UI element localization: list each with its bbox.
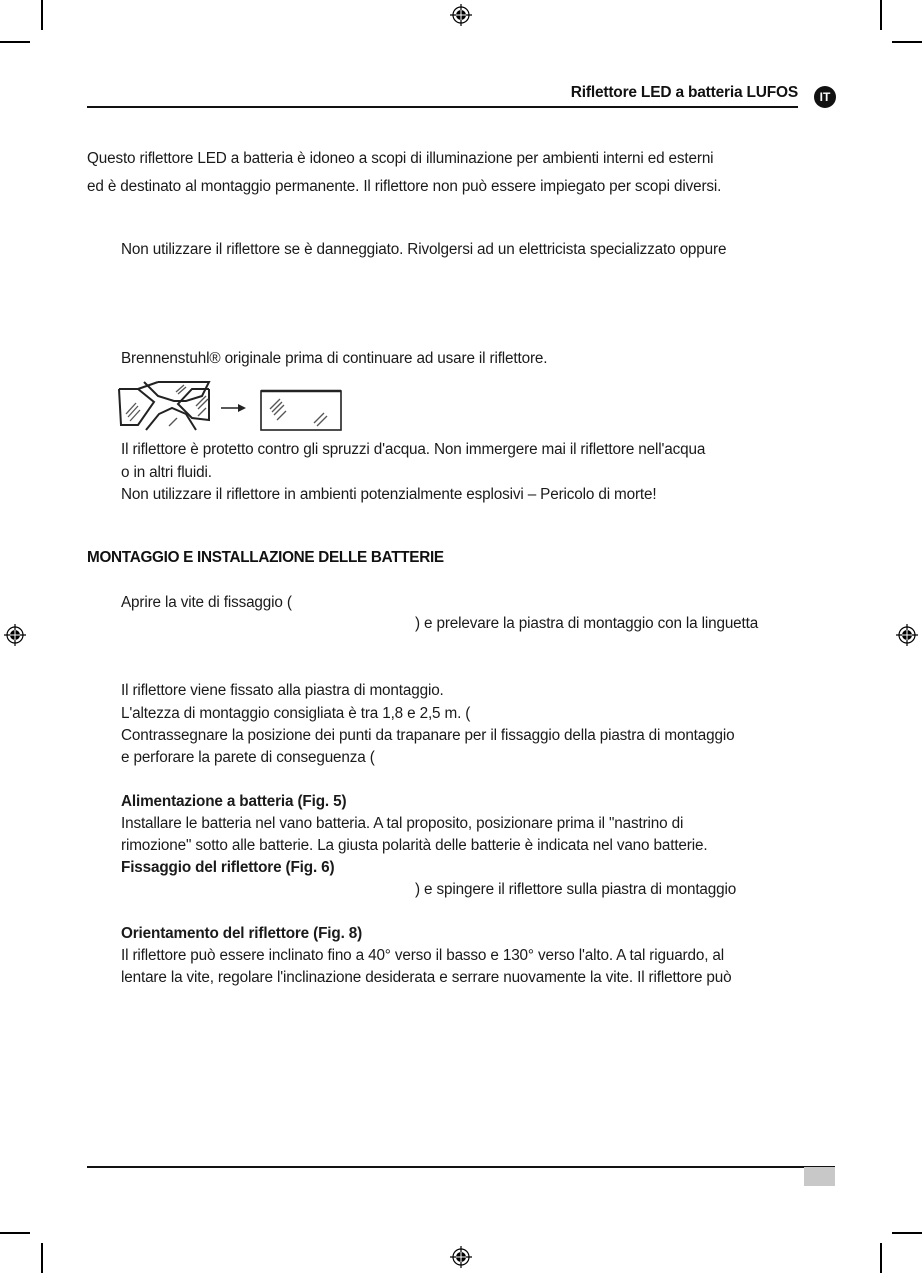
safety-damage-line: Non utilizzare il riflettore se è danneg… [121,241,726,259]
explosion-warning-line: Non utilizzare il riflettore in ambienti… [121,486,657,504]
page-header-title: Riflettore LED a batteria LUFOS [540,84,798,102]
crop-mark [41,1243,43,1273]
crop-mark [892,1232,922,1234]
mounting-step-line: Aprire la vite di fissaggio ( [121,594,292,612]
intro-line: ed è destinato al montaggio permanente. … [87,178,721,196]
mounting-plate-line: e perforare la parete di conseguenza ( [121,749,375,767]
fixing-line: ) e spingere il riflettore sulla piastra… [415,881,736,899]
water-warning-line: o in altri fluidi. [121,464,212,482]
registration-mark-icon [896,624,918,646]
language-badge: IT [814,86,836,108]
crop-mark [0,1232,30,1234]
page-number-box [804,1167,835,1186]
crop-mark [880,0,882,30]
battery-line: Installare le batteria nel vano batteria… [121,815,683,833]
orientation-subheading: Orientamento del riflettore (Fig. 8) [121,925,362,943]
battery-line: rimozione" sotto alle batterie. La giust… [121,837,707,855]
crop-mark [41,0,43,30]
crop-mark [0,41,30,43]
header-rule [87,106,798,108]
mounting-plate-line: L'altezza di montaggio consigliata è tra… [121,705,470,723]
fixing-subheading: Fissaggio del riflettore (Fig. 6) [121,859,334,877]
orientation-line: lentare la vite, regolare l'inclinazione… [121,969,732,987]
mounting-plate-line: Il riflettore viene fissato alla piastra… [121,682,444,700]
mounting-plate-line: Contrassegnare la posizione dei punti da… [121,727,734,745]
intro-line: Questo riflettore LED a batteria è idone… [87,150,713,168]
registration-mark-icon [450,4,472,26]
battery-subheading: Alimentazione a batteria (Fig. 5) [121,793,346,811]
footer-rule [87,1166,835,1168]
registration-mark-icon [4,624,26,646]
registration-mark-icon [450,1246,472,1268]
water-warning-line: Il riflettore è protetto contro gli spru… [121,441,705,459]
crop-mark [892,41,922,43]
safety-damage-line: Brennenstuhl® originale prima di continu… [121,350,547,368]
section-heading: MONTAGGIO E INSTALLAZIONE DELLE BATTERIE [87,549,444,567]
orientation-line: Il riflettore può essere inclinato fino … [121,947,724,965]
mounting-step-line: ) e prelevare la piastra di montaggio co… [415,615,758,633]
broken-glass-replacement-icon [114,376,346,432]
crop-mark [880,1243,882,1273]
